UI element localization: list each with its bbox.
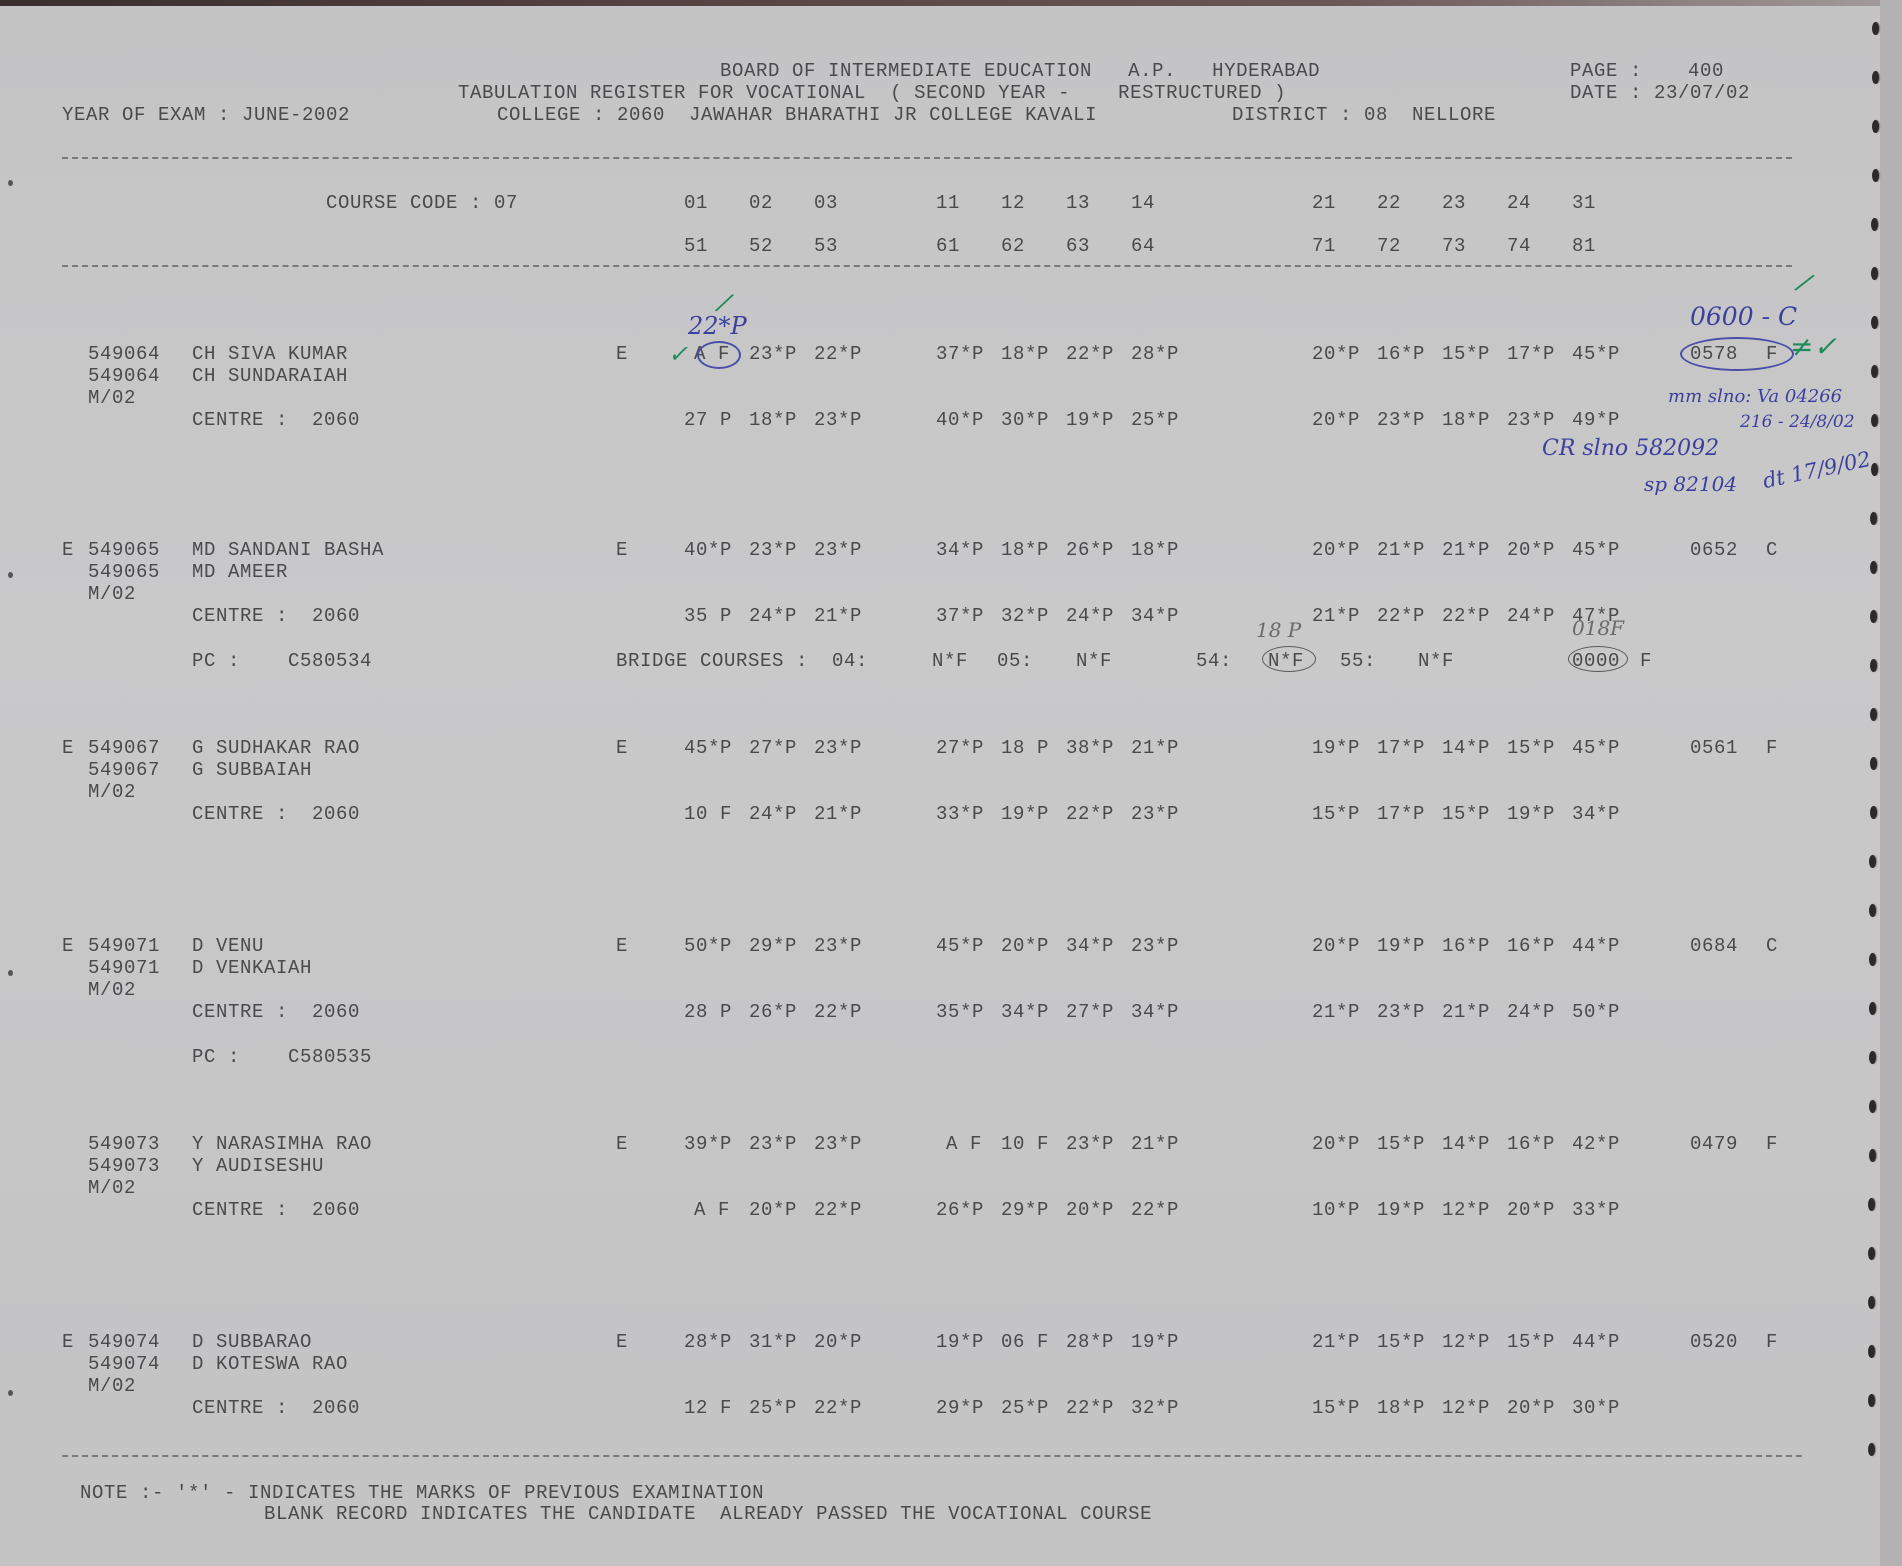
subject-mark: 28 P: [684, 1003, 732, 1022]
subject-mark: 21*P: [1377, 541, 1425, 560]
perforation-hole-icon: [1869, 1002, 1876, 1015]
subject-mark: 49*P: [1572, 411, 1620, 430]
result-status: C: [1766, 937, 1778, 956]
subject-mark: 24*P: [749, 607, 797, 626]
hall-ticket-number: 549064: [88, 345, 160, 364]
perforation-hole-icon: [1869, 855, 1876, 868]
subject-mark: 19*P: [1377, 1201, 1425, 1220]
medium: E: [616, 541, 628, 560]
course-column-code: 14: [1131, 194, 1155, 213]
perforation-hole-icon: [1871, 267, 1878, 280]
header-divider: [62, 157, 1792, 159]
subject-mark: 27 P: [684, 411, 732, 430]
subject-mark: 22*P: [1066, 1399, 1114, 1418]
subject-mark: 42*P: [1572, 1135, 1620, 1154]
hall-ticket-number: 549073: [88, 1135, 160, 1154]
subject-mark: 38*P: [1066, 739, 1114, 758]
subject-mark: 50*P: [684, 937, 732, 956]
record-flag: E: [62, 541, 74, 560]
category: M/02: [88, 585, 136, 604]
subject-mark: 39*P: [684, 1135, 732, 1154]
perforation-hole-icon: [1869, 1051, 1876, 1064]
left-margin-hole-icon: [8, 572, 13, 578]
perforation-hole-icon: [1869, 953, 1876, 966]
paper-right-edge: [1880, 0, 1902, 1566]
subject-mark: 37*P: [936, 607, 984, 626]
reference-number: 549064: [88, 367, 160, 386]
course-column-code: 53: [814, 237, 838, 256]
subject-mark: 16*P: [1442, 937, 1490, 956]
candidate-name: G SUDHAKAR RAO: [192, 739, 360, 758]
subject-mark: 15*P: [1312, 805, 1360, 824]
subject-mark: 12*P: [1442, 1399, 1490, 1418]
subject-mark: 34*P: [936, 541, 984, 560]
subject-mark: 21*P: [1442, 541, 1490, 560]
subject-mark: 20*P: [1312, 1135, 1360, 1154]
subject-mark: 20*P: [1001, 937, 1049, 956]
father-name: D VENKAIAH: [192, 959, 312, 978]
subject-mark: 34*P: [1131, 1003, 1179, 1022]
subject-mark: 18 P: [1001, 739, 1049, 758]
subject-mark: 25*P: [749, 1399, 797, 1418]
grand-total: 0479: [1690, 1135, 1738, 1154]
subject-mark: 18*P: [1001, 345, 1049, 364]
perforation-hole-icon: [1869, 904, 1876, 917]
subject-mark: 29*P: [936, 1399, 984, 1418]
subject-mark: 15*P: [1377, 1135, 1425, 1154]
medium: E: [616, 1333, 628, 1352]
subject-mark: 21*P: [1312, 1333, 1360, 1352]
father-name: Y AUDISESHU: [192, 1157, 324, 1176]
course-column-code: 63: [1066, 237, 1090, 256]
pc-number: PC : C580535: [192, 1048, 372, 1067]
board-title: BOARD OF INTERMEDIATE EDUCATION A.P. HYD…: [720, 62, 1320, 81]
subject-mark: 33*P: [936, 805, 984, 824]
course-column-code: 21: [1312, 194, 1336, 213]
subject-mark: 24*P: [1507, 607, 1555, 626]
subject-mark: 12*P: [1442, 1333, 1490, 1352]
subject-mark: 34*P: [1001, 1003, 1049, 1022]
bridge-courses-label: BRIDGE COURSES : 04:: [616, 652, 868, 671]
signature-initials: ≠✓: [1790, 330, 1837, 363]
corrected-mark: 22*P: [688, 312, 747, 340]
course-column-code: 52: [749, 237, 773, 256]
subject-mark: 26*P: [1066, 541, 1114, 560]
perforation-hole-icon: [1868, 1247, 1875, 1260]
candidate-name: MD SANDANI BASHA: [192, 541, 384, 560]
subject-mark: 17*P: [1507, 345, 1555, 364]
perforation-hole-icon: [1870, 561, 1877, 574]
course-column-code: 74: [1507, 237, 1531, 256]
category: M/02: [88, 1179, 136, 1198]
tick-icon: ✓: [668, 340, 688, 368]
candidate-name: D SUBBARAO: [192, 1333, 312, 1352]
subject-mark: 15*P: [1442, 345, 1490, 364]
subject-mark: 29*P: [749, 937, 797, 956]
subject-mark: 45*P: [1572, 541, 1620, 560]
subject-mark: 12*P: [1442, 1201, 1490, 1220]
subject-mark: 28*P: [1131, 345, 1179, 364]
course-column-code: 31: [1572, 194, 1596, 213]
result-status: F: [1766, 1135, 1778, 1154]
memo-date: 216 - 24/8/02: [1740, 412, 1855, 432]
subject-mark: 24*P: [749, 805, 797, 824]
subject-mark: 23*P: [814, 541, 862, 560]
centre-code: CENTRE : 2060: [192, 1201, 360, 1220]
subject-mark: 20*P: [1066, 1201, 1114, 1220]
perforation-hole-icon: [1872, 22, 1879, 35]
course-column-code: 51: [684, 237, 708, 256]
subject-mark: 23*P: [1377, 1003, 1425, 1022]
grand-total: 0561: [1690, 739, 1738, 758]
subject-mark: 23*P: [1131, 805, 1179, 824]
centre-code: CENTRE : 2060: [192, 607, 360, 626]
category: M/02: [88, 1377, 136, 1396]
record-flag: E: [62, 739, 74, 758]
subject-mark: 24*P: [1507, 1003, 1555, 1022]
cr-sub-note: sp 82104: [1644, 472, 1737, 496]
course-column-code: 61: [936, 237, 960, 256]
subject-mark: 32*P: [1001, 607, 1049, 626]
course-column-code: 81: [1572, 237, 1596, 256]
candidate-name: D VENU: [192, 937, 264, 956]
subject-mark: 35*P: [936, 1003, 984, 1022]
subject-mark: 19*P: [936, 1333, 984, 1352]
reference-number: 549067: [88, 761, 160, 780]
subject-mark: 22*P: [1442, 607, 1490, 626]
subject-mark: 27*P: [1066, 1003, 1114, 1022]
subject-mark: 22*P: [1131, 1201, 1179, 1220]
grand-total: 0520: [1690, 1333, 1738, 1352]
subject-mark: 40*P: [936, 411, 984, 430]
subject-mark: 19*P: [1377, 937, 1425, 956]
subject-mark: 15*P: [1312, 1399, 1360, 1418]
result-status: F: [1766, 1333, 1778, 1352]
subject-mark: 23*P: [749, 1135, 797, 1154]
corrected-total: 0600 - C: [1690, 302, 1797, 331]
subject-mark: 27*P: [749, 739, 797, 758]
subject-mark: 29*P: [1001, 1201, 1049, 1220]
pc-number: PC : C580534: [192, 652, 372, 671]
perforation-hole-icon: [1868, 1296, 1875, 1309]
subject-mark: 44*P: [1572, 1333, 1620, 1352]
subject-mark: 45*P: [684, 739, 732, 758]
subject-mark: 20*P: [1312, 541, 1360, 560]
subject-mark: 15*P: [1442, 805, 1490, 824]
perforation-hole-icon: [1871, 414, 1878, 427]
circled-mark: [697, 341, 741, 369]
subject-mark: A F: [694, 1201, 730, 1220]
subject-mark: 19*P: [1507, 805, 1555, 824]
perforation-hole-icon: [1871, 365, 1878, 378]
subject-mark: 20*P: [1507, 1399, 1555, 1418]
memo-note: mm slno: Va 04266: [1668, 386, 1842, 407]
perforation-hole-icon: [1868, 1198, 1875, 1211]
subject-mark: 40*P: [684, 541, 732, 560]
district-line: DISTRICT : 08 NELLORE: [1232, 106, 1496, 125]
subject-mark: 37*P: [936, 345, 984, 364]
note-line-1: NOTE :- '*' - INDICATES THE MARKS OF PRE…: [80, 1484, 764, 1503]
hall-ticket-number: 549074: [88, 1333, 160, 1352]
subject-mark: 33*P: [1572, 1201, 1620, 1220]
subject-mark: 23*P: [814, 411, 862, 430]
subject-mark: 50*P: [1572, 1003, 1620, 1022]
perforation-hole-icon: [1871, 218, 1878, 231]
subject-mark: 23*P: [814, 937, 862, 956]
candidate-name: Y NARASIMHA RAO: [192, 1135, 372, 1154]
subject-mark: 30*P: [1001, 411, 1049, 430]
bridge-result: F: [1640, 652, 1652, 671]
perforation-hole-icon: [1870, 806, 1877, 819]
reference-number: 549065: [88, 563, 160, 582]
hall-ticket-number: 549067: [88, 739, 160, 758]
subject-mark: 18*P: [1131, 541, 1179, 560]
subject-mark: 17*P: [1377, 805, 1425, 824]
perforation-hole-icon: [1871, 463, 1878, 476]
perforation-hole-icon: [1872, 169, 1879, 182]
perforation-hole-icon: [1870, 708, 1877, 721]
subject-mark: 45*P: [1572, 345, 1620, 364]
perforation-hole-icon: [1868, 1394, 1875, 1407]
perforation-hole-icon: [1870, 512, 1877, 525]
result-status: C: [1766, 541, 1778, 560]
subject-mark: 25*P: [1001, 1399, 1049, 1418]
hall-ticket-number: 549065: [88, 541, 160, 560]
course-column-code: 64: [1131, 237, 1155, 256]
note-line-2: BLANK RECORD INDICATES THE CANDIDATE ALR…: [264, 1505, 1152, 1524]
centre-code: CENTRE : 2060: [192, 1003, 360, 1022]
subject-mark: 30*P: [1572, 1399, 1620, 1418]
perforation-hole-icon: [1869, 1149, 1876, 1162]
course-column-code: 62: [1001, 237, 1025, 256]
medium: E: [616, 1135, 628, 1154]
subject-mark: 12 F: [684, 1399, 732, 1418]
bridge-label-55: 55:: [1340, 652, 1376, 671]
subject-mark: 19*P: [1001, 805, 1049, 824]
subject-mark: 23*P: [749, 541, 797, 560]
college-line: COLLEGE : 2060 JAWAHAR BHARATHI JR COLLE…: [497, 106, 1097, 125]
cr-note: CR slno 582092: [1542, 436, 1719, 461]
course-code-label: COURSE CODE : 07: [326, 194, 518, 213]
subject-mark: 21*P: [1442, 1003, 1490, 1022]
bridge-54-corrected: 18 P: [1256, 618, 1301, 642]
subject-mark: 22*P: [1066, 805, 1114, 824]
medium: E: [616, 345, 628, 364]
subject-mark: 20*P: [1507, 541, 1555, 560]
course-column-code: 23: [1442, 194, 1466, 213]
perforation-hole-icon: [1868, 1443, 1875, 1456]
father-name: D KOTESWA RAO: [192, 1355, 348, 1374]
columns-divider: [62, 265, 1792, 267]
centre-code: CENTRE : 2060: [192, 805, 360, 824]
record-flag: E: [62, 937, 74, 956]
subject-mark: 20*P: [1507, 1201, 1555, 1220]
left-margin-hole-icon: [8, 180, 13, 186]
left-margin-hole-icon: [8, 1390, 13, 1396]
subject-mark: 15*P: [1507, 739, 1555, 758]
subject-mark: 44*P: [1572, 937, 1620, 956]
bridge-total-corrected: 018F: [1572, 616, 1624, 640]
subject-mark: 23*P: [1131, 937, 1179, 956]
subject-mark: 32*P: [1131, 1399, 1179, 1418]
candidate-name: CH SIVA KUMAR: [192, 345, 348, 364]
page-label: PAGE :: [1570, 62, 1654, 81]
subject-mark: 28*P: [1066, 1333, 1114, 1352]
subject-mark: 22*P: [814, 1201, 862, 1220]
subject-mark: 21*P: [814, 607, 862, 626]
bridge-mark-05: N*F: [1076, 652, 1112, 671]
subject-mark: 26*P: [749, 1003, 797, 1022]
circled-bridge-total: [1568, 646, 1628, 672]
category: M/02: [88, 783, 136, 802]
subject-mark: 21*P: [1131, 739, 1179, 758]
left-margin-hole-icon: [8, 970, 13, 976]
course-column-code: 11: [936, 194, 960, 213]
subject-mark: 10 F: [1001, 1135, 1049, 1154]
subject-mark: 26*P: [936, 1201, 984, 1220]
subject-mark: 19*P: [1066, 411, 1114, 430]
course-column-code: 03: [814, 194, 838, 213]
grand-total: 0652: [1690, 541, 1738, 560]
perforation-hole-icon: [1868, 1345, 1875, 1358]
subject-mark: 45*P: [1572, 739, 1620, 758]
subject-mark: 20*P: [814, 1333, 862, 1352]
circled-total: [1680, 337, 1794, 371]
subject-mark: 22*P: [814, 345, 862, 364]
bridge-mark-55: N*F: [1418, 652, 1454, 671]
subject-mark: 22*P: [1066, 345, 1114, 364]
reference-number: 549071: [88, 959, 160, 978]
perforation-hole-icon: [1871, 316, 1878, 329]
subject-mark: 22*P: [1377, 607, 1425, 626]
course-column-code: 01: [684, 194, 708, 213]
subject-mark: 18*P: [1442, 411, 1490, 430]
subject-mark: 34*P: [1572, 805, 1620, 824]
category: M/02: [88, 981, 136, 1000]
date-value: 23/07/02: [1654, 84, 1750, 103]
subject-mark: 23*P: [814, 739, 862, 758]
subject-mark: 25*P: [1131, 411, 1179, 430]
subject-mark: 20*P: [1312, 937, 1360, 956]
father-name: G SUBBAIAH: [192, 761, 312, 780]
subject-mark: 23*P: [1507, 411, 1555, 430]
perforation-hole-icon: [1870, 659, 1877, 672]
subject-mark: 20*P: [749, 1201, 797, 1220]
subject-mark: 35 P: [684, 607, 732, 626]
subject-mark: 22*P: [814, 1399, 862, 1418]
subject-mark: 23*P: [1066, 1135, 1114, 1154]
centre-code: CENTRE : 2060: [192, 1399, 360, 1418]
subject-mark: 31*P: [749, 1333, 797, 1352]
father-name: MD AMEER: [192, 563, 288, 582]
course-column-code: 22: [1377, 194, 1401, 213]
subject-mark: 34*P: [1131, 607, 1179, 626]
subject-mark: 15*P: [1507, 1333, 1555, 1352]
subject-mark: 10*P: [1312, 1201, 1360, 1220]
perforation-hole-icon: [1872, 120, 1879, 133]
subject-mark: 19*P: [1312, 739, 1360, 758]
bridge-label-05: 05:: [997, 652, 1033, 671]
subject-mark: 21*P: [1312, 1003, 1360, 1022]
circled-bridge-54: [1262, 646, 1316, 672]
date-label: DATE :: [1570, 84, 1654, 103]
subject-mark: 22*P: [814, 1003, 862, 1022]
subject-mark: 27*P: [936, 739, 984, 758]
medium: E: [616, 937, 628, 956]
subject-mark: 15*P: [1377, 1333, 1425, 1352]
subject-mark: 34*P: [1066, 937, 1114, 956]
subject-mark: 21*P: [1131, 1135, 1179, 1154]
course-column-code: 24: [1507, 194, 1531, 213]
perforation-hole-icon: [1870, 610, 1877, 623]
subject-mark: A F: [946, 1135, 982, 1154]
course-column-code: 02: [749, 194, 773, 213]
subject-mark: 16*P: [1507, 937, 1555, 956]
subject-mark: 20*P: [1312, 345, 1360, 364]
subject-mark: 18*P: [749, 411, 797, 430]
subject-mark: 14*P: [1442, 739, 1490, 758]
register-title: TABULATION REGISTER FOR VOCATIONAL ( SEC…: [458, 84, 1286, 103]
subject-mark: 06 F: [1001, 1333, 1049, 1352]
bridge-mark-04: N*F: [932, 652, 968, 671]
course-column-code: 73: [1442, 237, 1466, 256]
hall-ticket-number: 549071: [88, 937, 160, 956]
subject-mark: 18*P: [1001, 541, 1049, 560]
subject-mark: 16*P: [1507, 1135, 1555, 1154]
subject-mark: 19*P: [1131, 1333, 1179, 1352]
subject-mark: 14*P: [1442, 1135, 1490, 1154]
subject-mark: 28*P: [684, 1333, 732, 1352]
reference-number: 549073: [88, 1157, 160, 1176]
subject-mark: 23*P: [749, 345, 797, 364]
page-number: 400: [1688, 62, 1724, 81]
subject-mark: 20*P: [1312, 411, 1360, 430]
reference-number: 549074: [88, 1355, 160, 1374]
centre-code: CENTRE : 2060: [192, 411, 360, 430]
bridge-label-54: 54:: [1196, 652, 1232, 671]
year-of-exam: YEAR OF EXAM : JUNE-2002: [62, 106, 350, 125]
father-name: CH SUNDARAIAH: [192, 367, 348, 386]
subject-mark: 21*P: [814, 805, 862, 824]
record-flag: E: [62, 1333, 74, 1352]
subject-mark: 23*P: [814, 1135, 862, 1154]
course-column-code: 72: [1377, 237, 1401, 256]
course-column-code: 12: [1001, 194, 1025, 213]
subject-mark: 10 F: [684, 805, 732, 824]
subject-mark: 45*P: [936, 937, 984, 956]
perforation-hole-icon: [1870, 757, 1877, 770]
course-column-code: 13: [1066, 194, 1090, 213]
footer-divider: [62, 1455, 1802, 1457]
subject-mark: 18*P: [1377, 1399, 1425, 1418]
course-column-code: 71: [1312, 237, 1336, 256]
medium: E: [616, 739, 628, 758]
grand-total: 0684: [1690, 937, 1738, 956]
perforation-hole-icon: [1872, 71, 1879, 84]
subject-mark: 21*P: [1312, 607, 1360, 626]
result-status: F: [1766, 739, 1778, 758]
perforation-hole-icon: [1869, 1100, 1876, 1113]
category: M/02: [88, 389, 136, 408]
subject-mark: 17*P: [1377, 739, 1425, 758]
subject-mark: 16*P: [1377, 345, 1425, 364]
subject-mark: 24*P: [1066, 607, 1114, 626]
subject-mark: 23*P: [1377, 411, 1425, 430]
